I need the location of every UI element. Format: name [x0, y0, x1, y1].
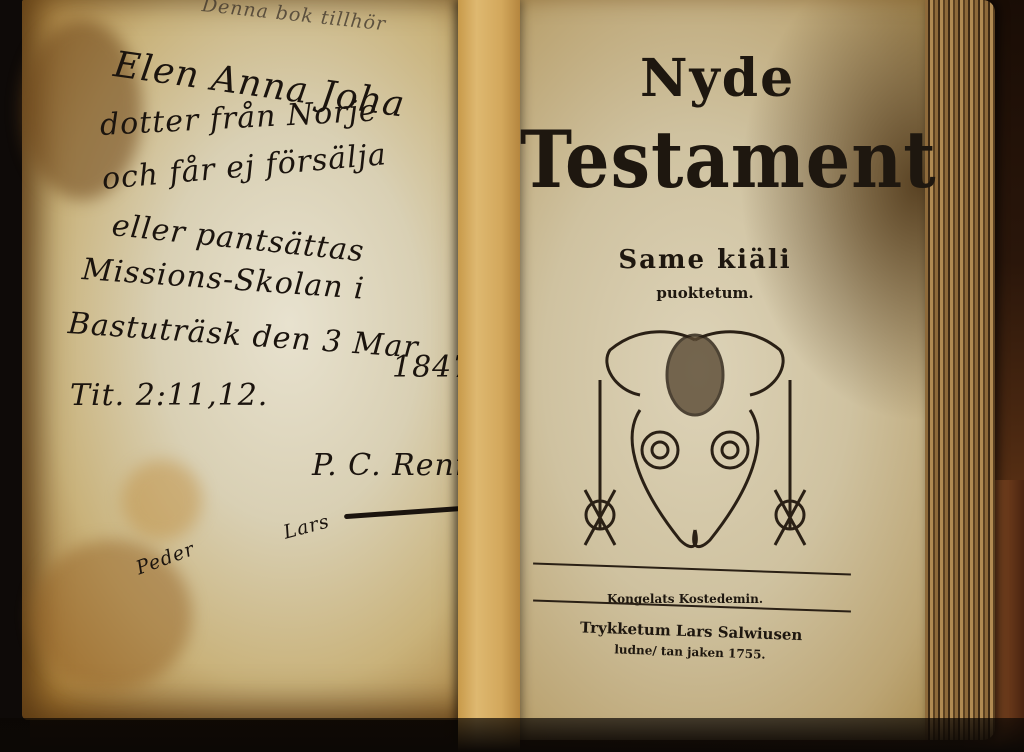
handwriting-line: och får ej försälja — [100, 137, 388, 197]
title-line-1: Nyde — [640, 48, 790, 109]
signature: Lars — [281, 510, 332, 543]
page-fold — [458, 0, 520, 752]
subtitle-2: puoktetum. — [640, 284, 770, 302]
page-edges — [925, 0, 995, 740]
woodcut-emblem-icon — [580, 320, 810, 560]
shadow — [0, 718, 1024, 752]
signature-flourish — [344, 506, 464, 519]
title-line-2: Testament — [520, 113, 910, 206]
left-page: Denna bok tillhör Elen Anna Joha dotter … — [22, 0, 467, 720]
handwriting-line: Tit. 2:11,12. — [70, 378, 268, 413]
subtitle: Same kiäli — [610, 245, 800, 275]
stain — [122, 460, 202, 540]
handwriting-line: Bastuträsk den 3 Mar — [67, 306, 420, 365]
handwriting-line: Denna bok tillhör — [201, 0, 387, 35]
